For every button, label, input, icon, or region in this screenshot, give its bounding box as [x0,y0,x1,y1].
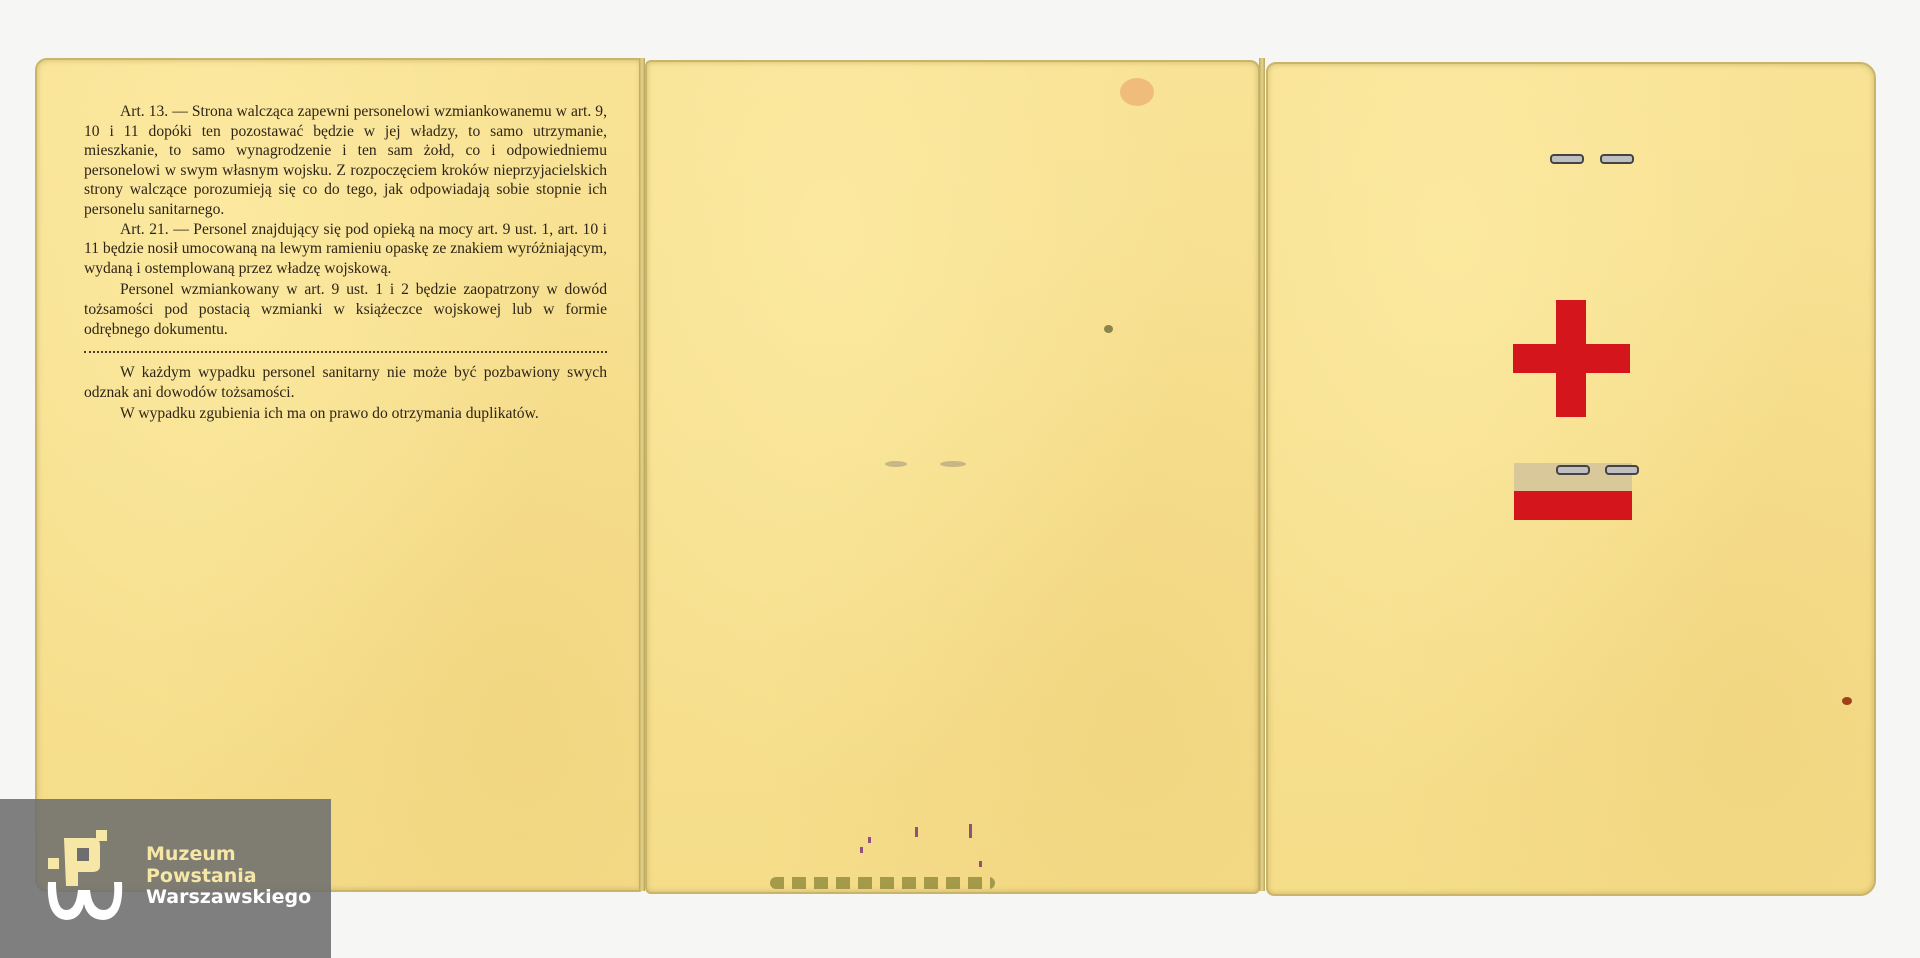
purple-ink-mark [868,837,871,843]
museum-name: Muzeum Powstania Warszawskiego [146,844,311,909]
polish-flag-red-stripe [1514,491,1632,520]
purple-ink-mark [915,827,918,837]
brown-spot [1842,697,1852,705]
staple-mark [885,461,907,467]
page-fold-right [1259,58,1265,891]
staple-mark [940,461,966,467]
article-13-paragraph: Art. 13. — Strona walcząca zapewni perso… [84,102,607,220]
dotted-divider [84,351,607,353]
purple-ink-mark [979,861,982,867]
article-21-paragraph: Art. 21. — Personel znajdujący się pod o… [84,220,607,279]
ink-speck [1104,325,1113,333]
staple [1600,154,1634,164]
badges-paragraph: W każdym wypadku personel sanitarny nie … [84,363,607,402]
kotwica-anchor-logo-icon [44,830,126,922]
duplicates-paragraph: W wypadku zgubienia ich ma on prawo do o… [84,404,607,424]
museum-name-line3: Warszawskiego [146,887,311,909]
convention-text: Art. 13. — Strona walcząca zapewni perso… [84,102,607,424]
rust-stain [1120,78,1154,106]
purple-ink-mark [860,847,863,853]
booklet-page-middle [645,60,1260,894]
museum-name-line1: Muzeum [146,844,311,866]
museum-name-line2: Powstania [146,866,311,888]
purple-ink-mark [969,824,972,838]
staple [1605,465,1639,475]
staple [1550,154,1584,164]
staple [1556,465,1590,475]
red-cross-icon-bar [1513,344,1630,373]
identity-document-paragraph: Personel wzmiankowany w art. 9 ust. 1 i … [84,280,607,339]
bottom-edge-stain [770,877,995,889]
